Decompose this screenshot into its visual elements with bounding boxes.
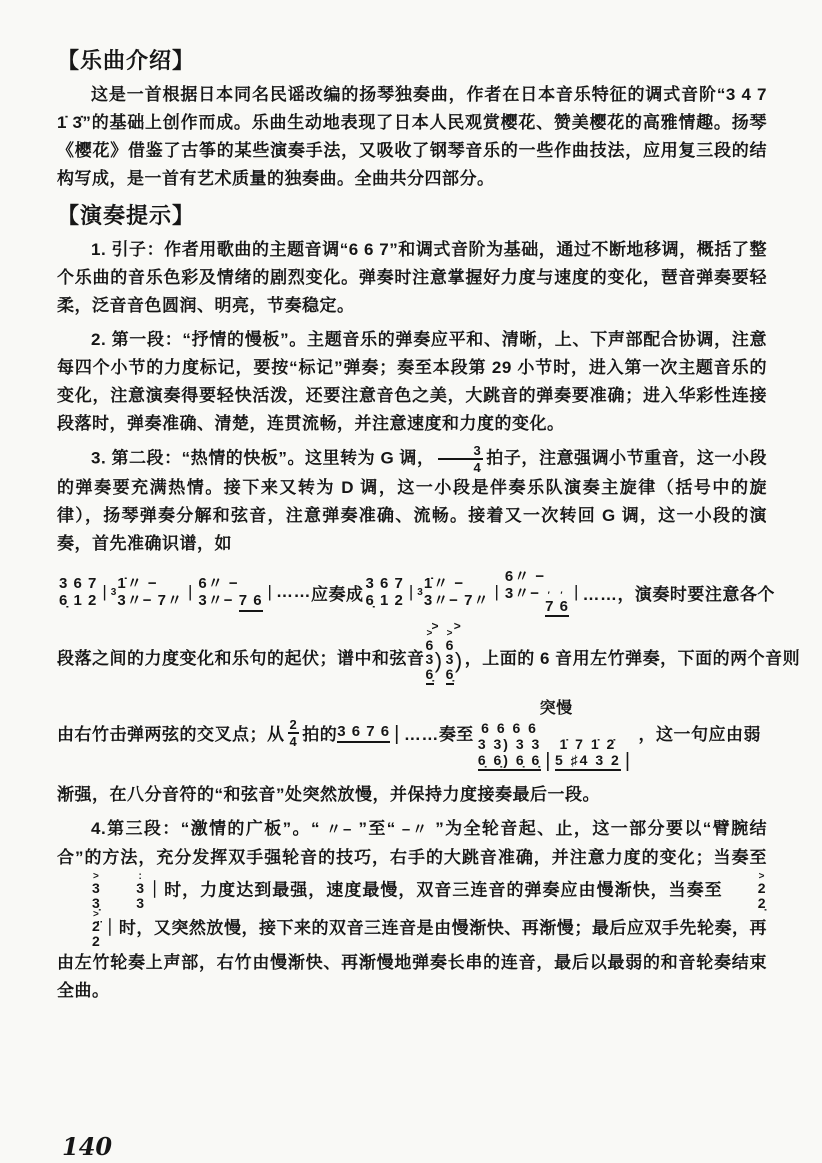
m1-bottom-voice: 6̣ 1 2 [59,592,97,609]
tuman-mid2: ……奏至 [404,720,474,745]
barline: | [394,723,400,746]
barline: | [494,582,499,602]
m3-top-voice: 6〃 − [198,575,238,592]
chord-stack-2: >636̣ [446,629,454,685]
tuman-post: ，这一句应由弱 [639,720,762,745]
note: 3 [446,652,454,667]
should-play-as-text: 应奏成 [311,580,364,605]
notation-group-played: 3 6 76̣ 1 2 | 3 1̇〃 −3〃− 7〃 | 6〃 −3〃− ′ … [363,568,582,617]
m2-top-voice: 1̇〃 − [117,575,157,592]
ellipsis: …… [276,582,311,602]
chord-stack-3b: :33 [102,872,144,910]
time-sig-denominator: 4 [290,734,298,748]
note: 2̣ [724,896,766,911]
row-middle: 3 3) 3 3 [478,736,541,752]
tip-paragraph-2: 2. 第一段：“抒情的慢板”。主题音乐的弹奏应平和、清晰，上、下声部配合协调，注… [57,326,767,438]
m2-top-voice: 1̇〃 − [424,575,464,592]
barline: | [409,582,414,602]
chord-m3: 6〃 −3〃− ′ ′7 6 [505,568,569,617]
section-title-intro: 【乐曲介绍】 [57,44,767,75]
m3-bottom-voice: 3〃− ′ ′7 6 [505,585,569,616]
m3-top-voice: 6〃 − [505,568,545,585]
page-content: 【乐曲介绍】 这是一首根据日本同名民谣改编的扬琴独奏曲，作者在日本音乐特征的调式… [57,44,767,1011]
chord-m1: 3 6 76̣ 1 2 [365,575,403,610]
barline: | [574,582,579,602]
tuman-pre: 由右竹击弹两弦的交叉点；从 [57,720,285,745]
m3-bottom-pre: 3〃− [198,592,238,609]
section-title-tips: 【演奏提示】 [57,199,767,230]
note-underlined: 6̣ [446,667,454,685]
note: 6 [446,638,454,653]
tip-paragraph-1: 1. 引子：作者用歌曲的主题音调“6 6 7”和调式音阶为基础，通过不断地移调，… [57,236,767,320]
note: 6 [426,638,434,653]
sec4-text-d: ｜时，力度达到最强，速度最慢，双音三连音的弹奏应由慢渐快，当奏至 [146,881,723,900]
m3-bottom-pre: 3〃− [505,585,545,602]
scanned-book-page: 【乐曲介绍】 这是一首根据日本同名民谣改编的扬琴独奏曲，作者在日本音乐特征的调式… [0,0,822,1163]
paragraph-after-tuman: 渐强，在八分音符的“和弦音”处突然放慢，并保持力度接奏最后一段。 [57,781,767,809]
row-top: 6 6 6 6 [481,720,538,736]
tie-paren: ) [435,648,443,674]
sudden-slow-label: 突慢 [540,695,573,718]
m1-top-voice: 3 6 7 [59,575,97,592]
time-sig-numerator: 3 [438,444,484,460]
note-underlined: 6̣ [426,667,434,685]
intro-paragraph: 这是一首根据日本同名民谣改编的扬琴独奏曲，作者在日本音乐特征的调式音阶“3 4 … [57,81,767,193]
time-signature-3-4: 34 [438,444,484,474]
m2-bottom-voice: 3〃− 7〃 [424,592,490,609]
barline: | [102,582,107,602]
row-bottom-underlined: 6̣ 6̣) 6̣ 6̣ [478,752,541,771]
m3-underlined-notes: 7 6 [239,592,263,612]
sudden-slow-notes: 6 6 6 6 3 3) 3 3 6̣ 6̣) 6̣ 6̣ | 1̇ 7 1̇ … [478,720,635,771]
m2-bottom-voice: 3〃− 7〃 [117,592,183,609]
chord-group-1: 6 6 6 6 3 3) 3 3 6̣ 6̣) 6̣ 6̣ [478,720,541,771]
chord-m2: 1̇〃 −3〃− 7〃 [424,575,490,610]
sec4-text-a: 4.第三段：“激情的广板”。“ [91,819,326,838]
note: 2 [724,881,766,896]
notation-group-written: 3 6 76̣ 1 2 | 3 1̇〃 −3〃− 7〃 | 6〃 −3〃− 7 … [57,575,276,610]
barline: | [268,582,273,602]
barline: | [188,582,193,602]
m3-bottom-voice: 3〃− 7 6 [198,592,262,609]
chord-line-pre: 段落之间的力度变化和乐句的起伏；谱中和弦音 [57,644,425,669]
note: 3̣ [58,896,100,911]
row-bottom-underlined: 5 ♯4 3 2 [555,752,621,771]
notation-tail-text: ……，演奏时要注意各个 [582,580,775,605]
note: 3 [58,881,100,896]
barline: | [545,750,551,773]
note: 3 [426,652,434,667]
time-signature-2-4: 24 [288,718,300,748]
m3-underlined-notes: 7 6 [545,599,569,617]
tuman-mid1: 拍的 [302,720,337,745]
accent-marks: > > [431,619,466,633]
m1-bottom-voice: 6̣ 1 2 [365,592,403,609]
note: 3 [102,896,144,911]
row-middle: 1̇ 7 1̇ 2̇ [560,736,617,752]
chord-stack-1: >636̣ [426,629,434,685]
sec4-text-b: ”至“ [352,819,402,838]
tie-paren: ) [455,648,463,674]
underlined-notes-3676: 3 6 7 6 [337,723,390,743]
chord-group-2: 1̇ 7 1̇ 2̇ 5 ♯4 3 2 [555,721,621,771]
chord-m2: 1̇〃 −3〃− 7〃 [117,575,183,610]
chord-stack-3a: >33̣ [58,872,100,910]
chord-tone-line: 段落之间的力度变化和乐句的起伏；谱中和弦音 >636̣) >636̣) ，上面的… [57,629,767,685]
sudden-slow-block: 突慢 6 6 6 6 3 3) 3 3 6̣ 6̣) 6̣ 6̣ | 1̇ 7 … [478,695,635,771]
sec4-text-e: ｜时，又突然放慢，接下来的双音三连音是由慢渐快、再渐慢；最后应双手先轮奏，再由左… [57,919,767,1000]
m3-underline-wrap: ′ ′7 6 [545,592,569,616]
time-sig-denominator: 4 [440,460,482,474]
notation-line-1: 3 6 76̣ 1 2 | 3 1̇〃 −3〃− 7〃 | 6〃 −3〃− 7 … [57,568,767,617]
tip-paragraph-3: 3. 第二段：“热情的快板”。这里转为 G 调，34拍子，注意强调小节重音，这一… [57,444,767,558]
chord-m1: 3 6 76̣ 1 2 [59,575,97,610]
time-sig-numerator: 2 [288,718,300,734]
note: 2̈ [58,919,100,934]
note: 2 [58,934,100,949]
tip-paragraph-4: 4.第三段：“激情的广板”。“ 〃– ”至“ –〃 ”为全轮音起、止，这一部分要… [57,815,767,1005]
page-number: 140 [62,1132,112,1161]
roll-end-symbol: –〃 [402,821,429,838]
chord-stack-2a: >22̣ [724,872,766,910]
chord-m3: 6〃 −3〃− 7 6 [198,575,262,610]
note: 3 [102,881,144,896]
chord-line-post: ，上面的 6 音用左竹弹奏，下面的两个音则 [465,644,800,669]
chord-stack-2b: >2̈2 [58,910,100,948]
m1-top-voice: 3 6 7 [365,575,403,592]
tip-3-text-pre: 3. 第二段：“热情的快板”。这里转为 G 调， [91,448,435,467]
sudden-slow-line: 由右竹击弹两弦的交叉点；从 24 拍的 3 6 7 6 | ……奏至 突慢 6 … [57,695,767,771]
barline: | [625,750,631,773]
roll-start-symbol: 〃– [326,821,352,838]
